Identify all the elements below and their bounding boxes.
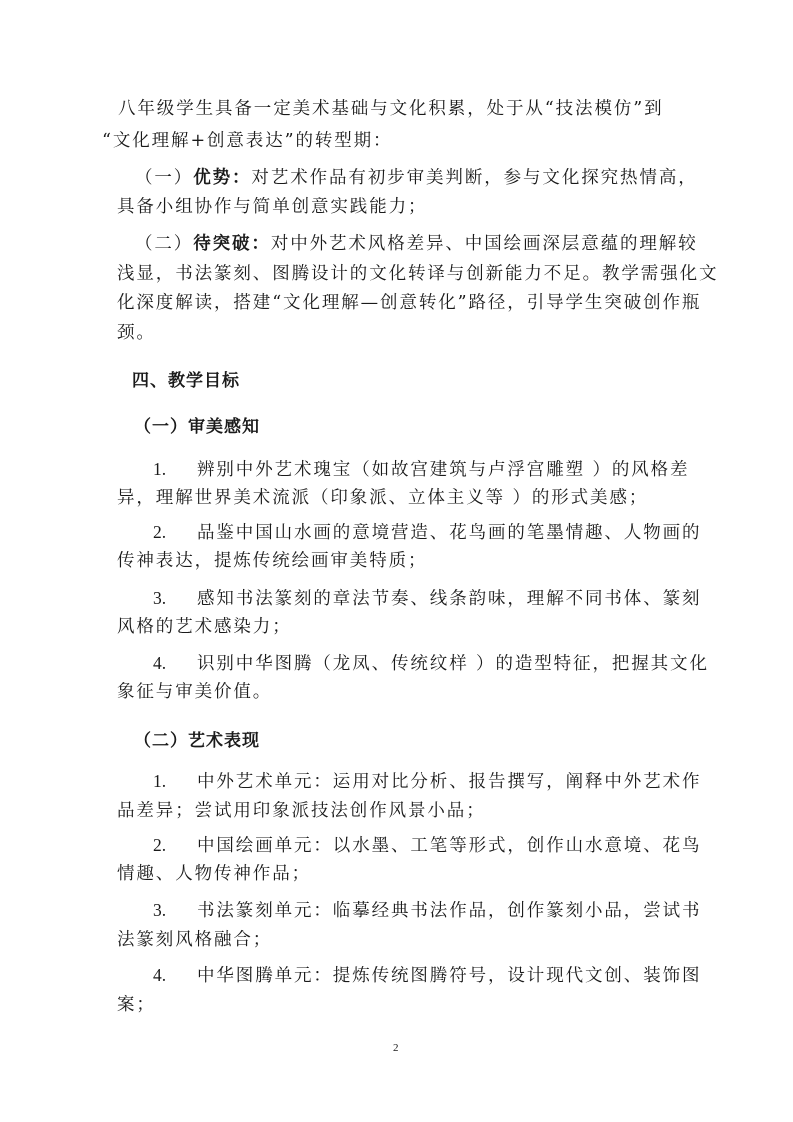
item-number: 4. <box>153 964 197 986</box>
item-number: 4. <box>153 652 197 674</box>
aesthetic-item-1: 1.辨别中外艺术瑰宝（如故宫建筑与卢浮宫雕塑 ）的风格差 <box>153 458 689 481</box>
subsection-heading-aesthetic: （一）审美感知 <box>134 416 260 438</box>
strengths-line-2: 具备小组协作与简单创意实践能力； <box>117 196 427 218</box>
breakthrough-colon: ： <box>251 234 270 254</box>
aesthetic-item-3-line-2: 风格的艺术感染力； <box>117 616 292 638</box>
item-text: 识别中华图腾（龙凤、传统纹样 ）的造型特征，把握其文化 <box>197 654 709 674</box>
item-text: 中国绘画单元：以水墨、工笔等形式，创作山水意境、花鸟 <box>197 836 701 856</box>
intro-line-1: 八年级学生具备一定美术基础与文化积累，处于从“技法模仿”到 <box>118 98 664 120</box>
breakthrough-line-3: 化深度解读，搭建“文化理解—创意转化”路径，引导学生突破创作瓶 <box>117 292 701 314</box>
strengths-label: （一） <box>135 168 193 188</box>
strengths-text: 对艺术作品有初步审美判断，参与文化探究热情高， <box>251 168 697 188</box>
aesthetic-item-1-line-2: 异，理解世界美术流派（印象派、立体主义等 ）的形式美感； <box>117 487 648 509</box>
expression-item-2: 2.中国绘画单元：以水墨、工笔等形式，创作山水意境、花鸟 <box>153 834 701 857</box>
breakthrough-paragraph: （二）待突破：对中外艺术风格差异、中国绘画深层意蕴的理解较 <box>135 233 698 255</box>
expression-item-4-line-2: 案； <box>117 994 156 1016</box>
item-text: 中外艺术单元：运用对比分析、报告撰写，阐释中外艺术作 <box>197 772 701 792</box>
item-number: 2. <box>153 834 197 856</box>
section-heading-teaching-goals: 四、教学目标 <box>132 370 240 392</box>
expression-item-2-line-2: 情趣、人物传神作品； <box>117 863 311 885</box>
aesthetic-item-2: 2.品鉴中国山水画的意境营造、花鸟画的笔墨情趣、人物画的 <box>153 521 701 544</box>
breakthrough-label: （二） <box>135 234 193 254</box>
breakthrough-title: 待突破 <box>193 234 251 254</box>
expression-item-1-line-2: 品差异；尝试用印象派技法创作风景小品； <box>117 800 486 822</box>
breakthrough-line-4: 颈。 <box>117 322 156 344</box>
expression-item-1: 1.中外艺术单元：运用对比分析、报告撰写，阐释中外艺术作 <box>153 770 701 793</box>
expression-item-3-line-2: 法篆刻风格融合； <box>117 929 272 951</box>
aesthetic-item-4-line-2: 象征与审美价值。 <box>117 681 272 703</box>
strengths-paragraph: （一）优势：对艺术作品有初步审美判断，参与文化探究热情高， <box>135 167 698 189</box>
breakthrough-text: 对中外艺术风格差异、中国绘画深层意蕴的理解较 <box>271 234 698 254</box>
item-number: 3. <box>153 899 197 921</box>
breakthrough-line-2: 浅显，书法篆刻、图腾设计的文化转译与创新能力不足。教学需强化文 <box>117 263 718 285</box>
aesthetic-item-3: 3.感知书法篆刻的章法节奏、线条韵味，理解不同书体、篆刻 <box>153 587 701 610</box>
page-number: 2 <box>393 1042 399 1054</box>
strengths-title: 优势 <box>193 168 232 188</box>
item-text: 品鉴中国山水画的意境营造、花鸟画的笔墨情趣、人物画的 <box>197 523 701 543</box>
item-text: 辨别中外艺术瑰宝（如故宫建筑与卢浮宫雕塑 ）的风格差 <box>197 460 689 480</box>
strengths-colon: ： <box>232 168 251 188</box>
item-number: 1. <box>153 770 197 792</box>
subsection-heading-expression: （二）艺术表现 <box>134 730 260 752</box>
item-text: 感知书法篆刻的章法节奏、线条韵味，理解不同书体、篆刻 <box>197 589 701 609</box>
item-number: 1. <box>153 458 197 480</box>
item-text: 中华图腾单元：提炼传统图腾符号，设计现代文创、装饰图 <box>197 966 701 986</box>
item-number: 3. <box>153 587 197 609</box>
intro-line-2: “文化理解+创意表达”的转型期： <box>102 130 392 152</box>
item-number: 2. <box>153 521 197 543</box>
item-text: 书法篆刻单元：临摹经典书法作品，创作篆刻小品，尝试书 <box>197 901 701 921</box>
expression-item-4: 4.中华图腾单元：提炼传统图腾符号，设计现代文创、装饰图 <box>153 964 701 987</box>
aesthetic-item-2-line-2: 传神表达，提炼传统绘画审美特质； <box>117 550 427 572</box>
aesthetic-item-4: 4.识别中华图腾（龙凤、传统纹样 ）的造型特征，把握其文化 <box>153 652 709 675</box>
expression-item-3: 3.书法篆刻单元：临摹经典书法作品，创作篆刻小品，尝试书 <box>153 899 701 922</box>
